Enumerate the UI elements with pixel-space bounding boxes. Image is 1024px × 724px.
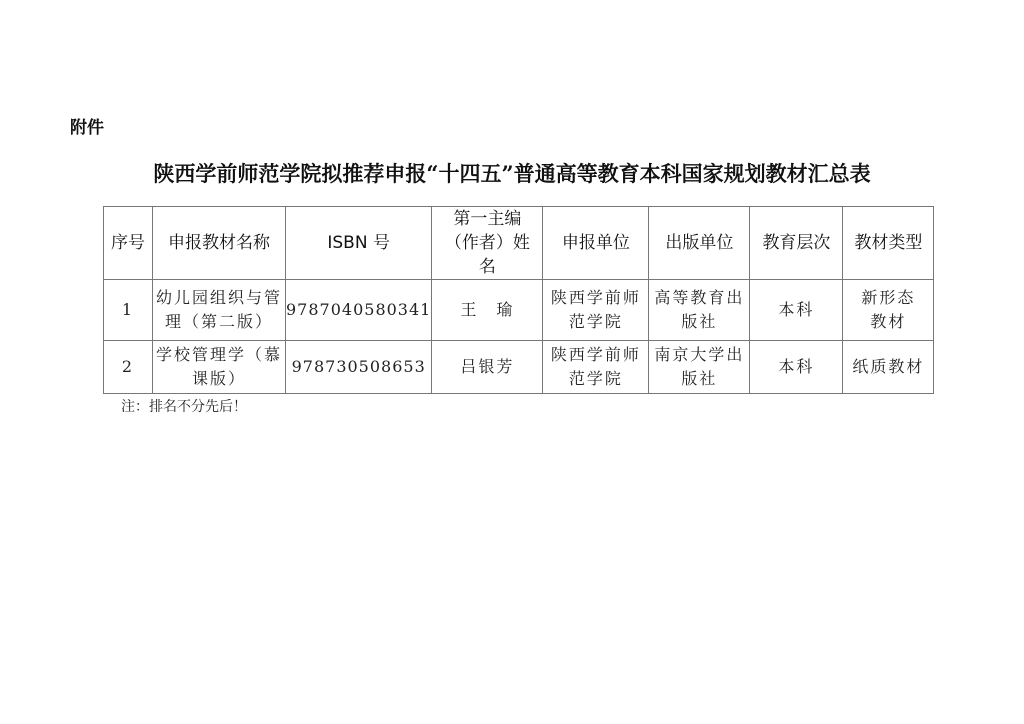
cell-isbn: 9787040580341 (286, 280, 432, 341)
cell-index: 2 (104, 341, 153, 394)
cell-author: 吕银芳 (432, 341, 543, 394)
header-applicant: 申报单位 (543, 207, 649, 280)
cell-type: 纸质教材 (843, 341, 934, 394)
cell-index: 1 (104, 280, 153, 341)
table-header-row: 序号 申报教材名称 ISBN 号 第一主编（作者）姓名 申报单位 出版单位 教育… (104, 207, 934, 280)
cell-author: 王 瑜 (432, 280, 543, 341)
cell-level: 本科 (750, 341, 843, 394)
textbook-summary-table: 序号 申报教材名称 ISBN 号 第一主编（作者）姓名 申报单位 出版单位 教育… (103, 206, 934, 394)
cell-textbook-name: 学校管理学（慕课版） (153, 341, 286, 394)
table-row: 1 幼儿园组织与管理（第二版） 9787040580341 王 瑜 陕西学前师范… (104, 280, 934, 341)
header-level: 教育层次 (750, 207, 843, 280)
header-author: 第一主编（作者）姓名 (432, 207, 543, 280)
cell-isbn: 978730508653 (286, 341, 432, 394)
attachment-label: 附件 (70, 113, 104, 138)
cell-publisher: 南京大学出版社 (649, 341, 750, 394)
footnote: 注：排名不分先后！ (121, 396, 247, 416)
table-row: 2 学校管理学（慕课版） 978730508653 吕银芳 陕西学前师范学院 南… (104, 341, 934, 394)
document-title: 陕西学前师范学院拟推荐申报“十四五”普通高等教育本科国家规划教材汇总表 (0, 158, 1024, 188)
header-type: 教材类型 (843, 207, 934, 280)
header-textbook-name: 申报教材名称 (153, 207, 286, 280)
cell-type: 新形态教材 (843, 280, 934, 341)
cell-publisher: 高等教育出版社 (649, 280, 750, 341)
cell-applicant: 陕西学前师范学院 (543, 341, 649, 394)
cell-level: 本科 (750, 280, 843, 341)
header-isbn: ISBN 号 (286, 207, 432, 280)
header-index: 序号 (104, 207, 153, 280)
cell-textbook-name: 幼儿园组织与管理（第二版） (153, 280, 286, 341)
header-publisher: 出版单位 (649, 207, 750, 280)
cell-applicant: 陕西学前师范学院 (543, 280, 649, 341)
